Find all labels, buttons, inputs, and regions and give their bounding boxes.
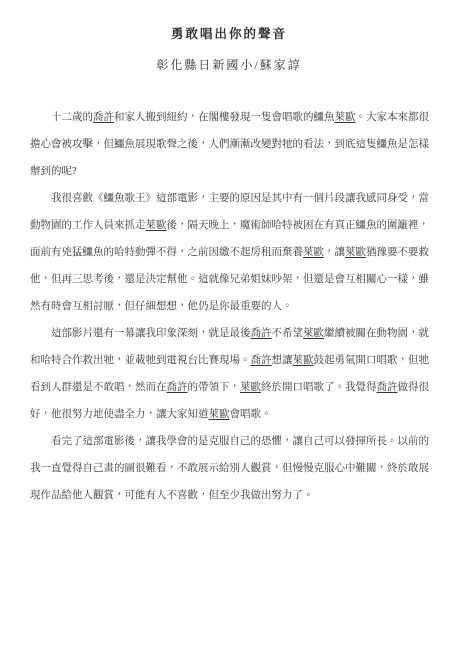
proper-noun-underline: 萊歐 — [303, 328, 324, 339]
text-segment: 看完了這部電影後，讓我學會的是克服自己的恐懼，讓自己可以發揮所長。以前的我一直覺… — [30, 436, 429, 501]
text-segment: 不希望 — [272, 328, 304, 339]
text-segment: 會唱歌。 — [230, 409, 272, 420]
proper-noun-underline: 喬許 — [251, 328, 272, 339]
essay-body: 十二歲的喬許和家人搬到紐約，在閣樓發現一隻會唱歌的鱷魚萊歐。大家本來都很擔心會被… — [0, 104, 458, 509]
proper-noun-underline: 喬許 — [167, 382, 188, 393]
text-segment: 想讓 — [272, 355, 293, 366]
essay-title: 勇敢唱出你的聲音 — [0, 0, 458, 42]
proper-noun-underline: 萊歐 — [293, 355, 314, 366]
proper-noun-underline: 萊歐 — [345, 247, 366, 258]
proper-noun-underline: 萊歐 — [335, 112, 356, 123]
proper-noun-underline: 萊歐 — [209, 409, 230, 420]
proper-noun-underline: 萊歐 — [240, 382, 261, 393]
text-segment: 十二歲的 — [51, 112, 93, 123]
text-segment: 終於開口唱歌了。我覺得 — [261, 382, 377, 393]
text-segment: ，讓 — [324, 247, 345, 258]
proper-noun-underline: 喬許 — [377, 382, 398, 393]
text-segment: 這部影片還有一幕讓我印象深刻，就是最後 — [51, 328, 251, 339]
paragraph: 十二歲的喬許和家人搬到紐約，在閣樓發現一隻會唱歌的鱷魚萊歐。大家本來都很擔心會被… — [30, 104, 429, 185]
proper-noun-underline: 萊歐 — [303, 247, 324, 258]
paragraph: 看完了這部電影後，讓我學會的是克服自己的恐懼，讓自己可以發揮所長。以前的我一直覺… — [30, 428, 429, 509]
text-segment: 的帶領下， — [188, 382, 241, 393]
paragraph: 我很喜歡《鱷魚歌王》這部電影，主要的原因是其中有一個片段讓我感同身受，當動物園的… — [30, 185, 429, 320]
proper-noun-underline: 喬許 — [93, 112, 114, 123]
essay-byline: 彰化縣日新國小/蘇家諄 — [0, 57, 458, 73]
proper-noun-underline: 萊歐 — [146, 220, 167, 231]
document-page: 勇敢唱出你的聲音 彰化縣日新國小/蘇家諄 十二歲的喬許和家人搬到紐約，在閣樓發現… — [0, 0, 458, 648]
paragraph: 這部影片還有一幕讓我印象深刻，就是最後喬許不希望萊歐繼續被關在動物園，就和哈特合… — [30, 320, 429, 428]
proper-noun-underline: 喬許 — [251, 355, 272, 366]
text-segment: 和家人搬到紐約，在閣樓發現一隻會唱歌的鱷魚 — [114, 112, 335, 123]
